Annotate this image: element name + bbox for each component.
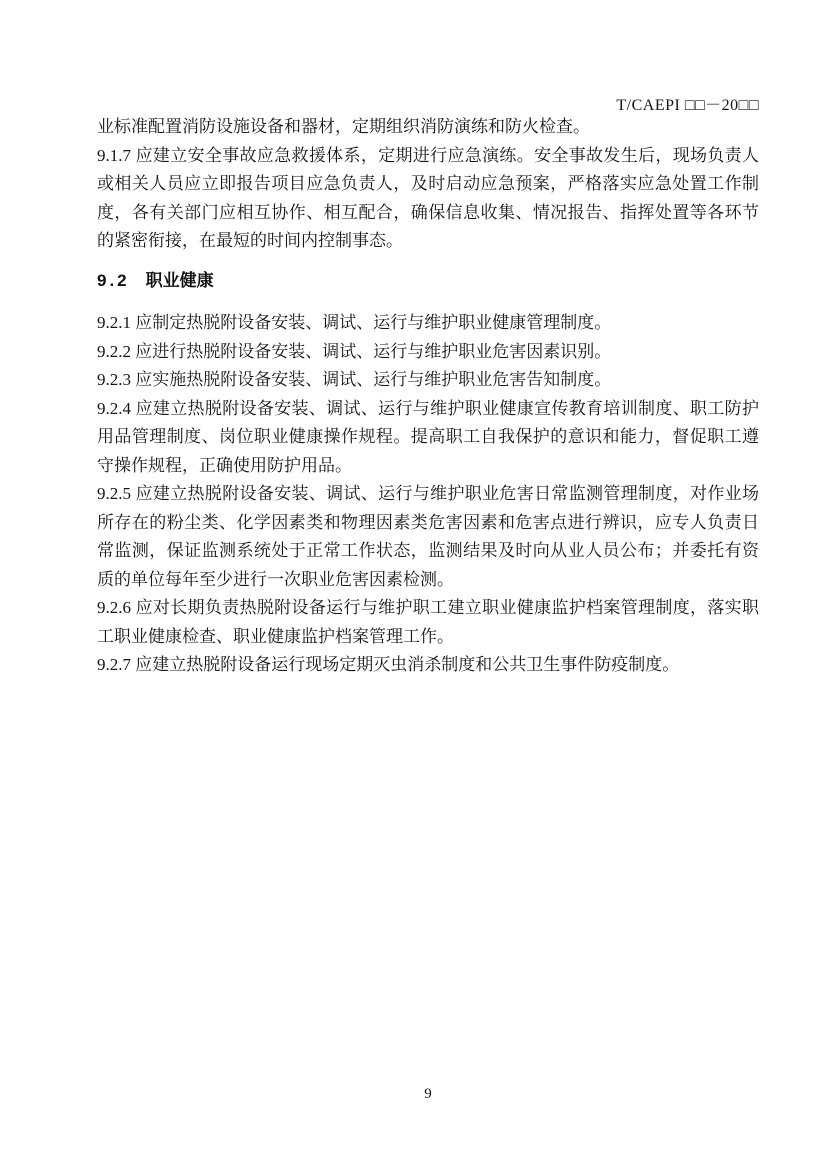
clause-9-2-4: 9.2.4 应建立热脱附设备安装、调试、运行与维护职业健康宣传教育培训制度、职工… xyxy=(97,395,759,481)
document-body: 业标准配置消防设施设备和器材，定期组织消防演练和防火检查。 9.1.7 应建立安… xyxy=(97,113,759,680)
standard-code-header: T/CAEPI □□－20□□ xyxy=(616,92,759,115)
clause-9-2-6: 9.2.6 应对长期负责热脱附设备运行与维护职工建立职业健康监护档案管理制度，落… xyxy=(97,594,759,651)
clause-9-1-7: 9.1.7 应建立安全事故应急救援体系，定期进行应急演练。安全事故发生后，现场负… xyxy=(97,142,759,256)
page-number: 9 xyxy=(97,1086,759,1103)
section-title: 职业健康 xyxy=(146,271,214,290)
clause-9-2-1: 9.2.1 应制定热脱附设备安装、调试、运行与维护职业健康管理制度。 xyxy=(97,309,759,338)
clause-9-2-5: 9.2.5 应建立热脱附设备安装、调试、运行与维护职业危害日常监测管理制度，对作… xyxy=(97,480,759,594)
clause-9-2-3: 9.2.3 应实施热脱附设备安装、调试、运行与维护职业危害告知制度。 xyxy=(97,366,759,395)
section-number: 9.2 xyxy=(97,271,130,290)
clause-9-2-2: 9.2.2 应进行热脱附设备安装、调试、运行与维护职业危害因素识别。 xyxy=(97,338,759,367)
clause-9-2-7: 9.2.7 应建立热脱附设备运行现场定期灭虫消杀制度和公共卫生事件防疫制度。 xyxy=(97,651,759,680)
continuation-paragraph: 业标准配置消防设施设备和器材，定期组织消防演练和防火检查。 xyxy=(97,113,759,142)
document-page: T/CAEPI □□－20□□ 业标准配置消防设施设备和器材，定期组织消防演练和… xyxy=(0,0,826,1169)
section-heading-9-2: 9.2职业健康 xyxy=(97,267,759,296)
